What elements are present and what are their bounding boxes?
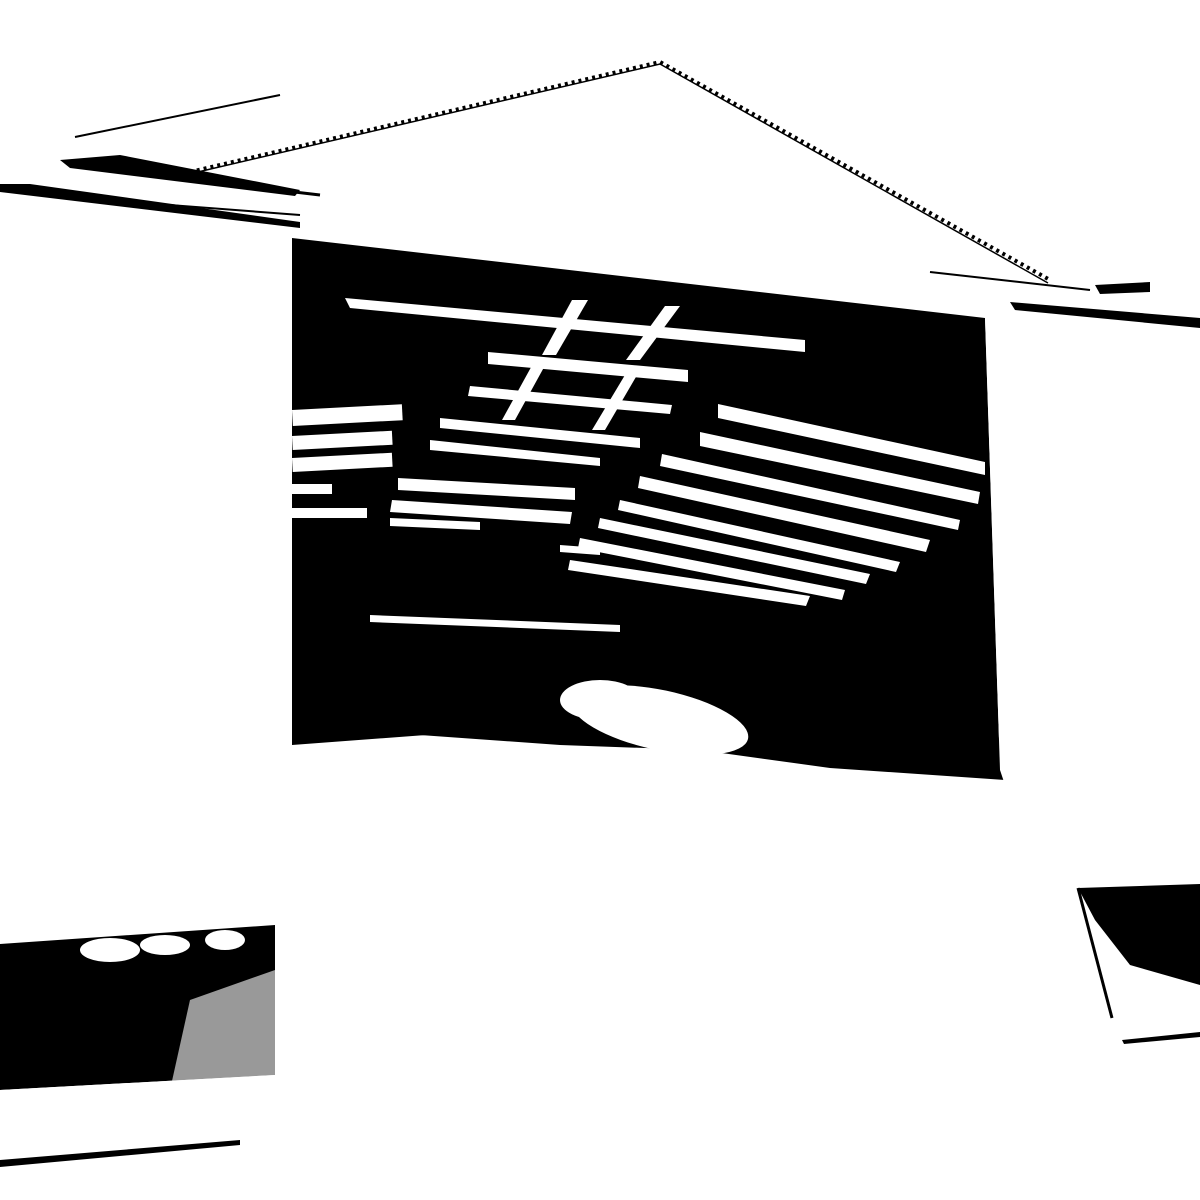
- lower-left-window: [0, 925, 275, 1167]
- building-photo: [0, 0, 1200, 1200]
